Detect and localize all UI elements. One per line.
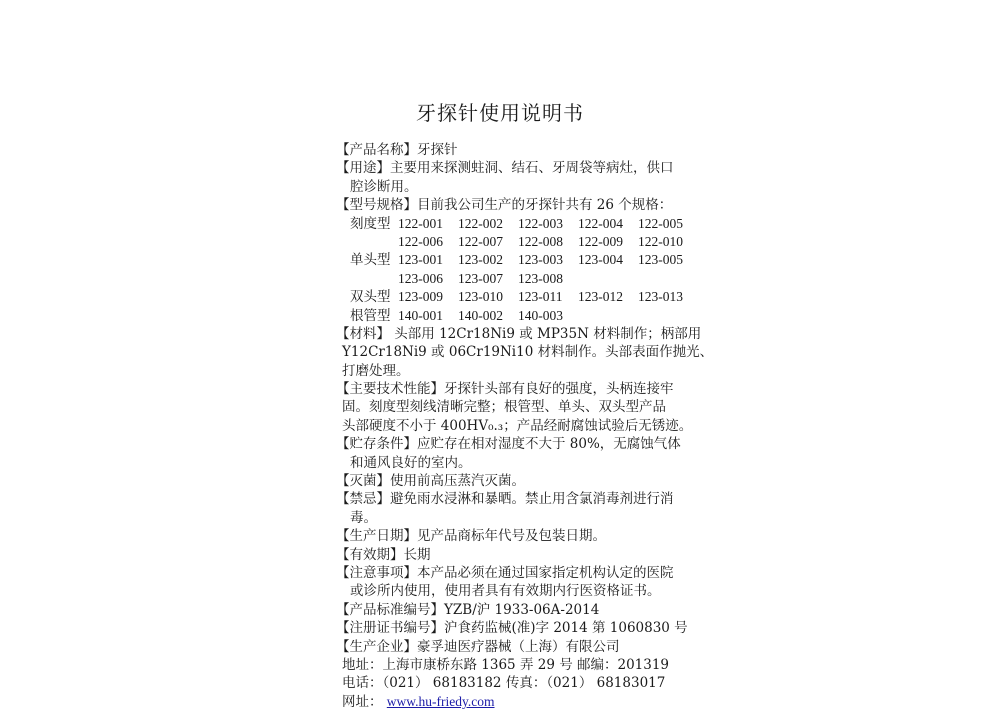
manufacture-date: 【生产日期】见产品商标年代号及包装日期。 [336,527,726,545]
website-label: 网址： [342,694,383,710]
spec-row: 刻度型122-001122-002122-003122-004122-005 [336,215,726,233]
spec-code: 122-006 [398,233,458,251]
usage-line-1: 【用途】主要用来探测蛀洞、结石、牙周袋等病灶，供口 [336,159,726,177]
document-title: 牙探针使用说明书 [0,97,1000,126]
spec-code: 122-008 [518,233,578,251]
tech-line-3: 头部硬度不小于 400HV₀.₃；产品经耐腐蚀试验后无锈迹。 [336,417,726,435]
registration-number: 【注册证书编号】沪食药监械(准)字 2014 第 1060830 号 [336,619,726,637]
notes-line-1: 【注意事项】本产品必须在通过国家指定机构认定的医院 [336,564,726,582]
spec-code: 122-010 [638,233,698,251]
website-link[interactable]: www.hu-friedy.com [387,694,495,709]
spec-intro: 【型号规格】目前我公司生产的牙探针共有 26 个规格： [336,196,726,214]
sterilization: 【灭菌】使用前高压蒸汽灭菌。 [336,472,726,490]
spec-code: 122-005 [638,215,698,233]
spec-row: 双头型123-009123-010123-011123-012123-013 [336,288,726,306]
spec-row: 122-006122-007122-008122-009122-010 [336,233,726,251]
storage-line-1: 【贮存条件】应贮存在相对湿度不大于 80%，无腐蚀气体 [336,435,726,453]
spec-code: 123-007 [458,270,518,288]
spec-code: 123-009 [398,288,458,306]
spec-row: 根管型140-001140-002140-003 [336,307,726,325]
spec-code: 123-013 [638,288,698,306]
tech-line-2: 固。刻度型刻线清晰完整；根管型、单头、双头型产品 [336,398,726,416]
spec-code: 123-004 [578,251,638,269]
spec-table: 刻度型122-001122-002122-003122-004122-00512… [336,215,726,325]
spec-row: 123-006123-007123-008 [336,270,726,288]
product-name: 【产品名称】牙探针 [336,141,726,159]
tech-line-1: 【主要技术性能】牙探针头部有良好的强度，头柄连接牢 [336,380,726,398]
taboo-line-2: 毒。 [336,509,726,527]
spec-code: 122-002 [458,215,518,233]
material-line-1: 【材料】 头部用 12Cr18Ni9 或 MP35N 材料制作；柄部用 [336,325,726,343]
usage-line-2: 腔诊断用。 [336,178,726,196]
spec-code: 123-010 [458,288,518,306]
spec-group-label: 单头型 [336,251,398,269]
spec-code: 123-002 [458,251,518,269]
spec-code: 123-011 [518,288,578,306]
spec-code: 123-003 [518,251,578,269]
address: 地址：上海市康桥东路 1365 弄 29 号 邮编：201319 [336,656,726,674]
spec-code: 140-003 [518,307,578,325]
spec-code: 122-004 [578,215,638,233]
spec-code: 140-001 [398,307,458,325]
storage-line-2: 和通风良好的室内。 [336,454,726,472]
standard-number: 【产品标准编号】YZB/沪 1933-06A-2014 [336,601,726,619]
spec-code: 122-007 [458,233,518,251]
manufacturer: 【生产企业】豪孚迪医疗器械（上海）有限公司 [336,638,726,656]
spec-group-label [336,233,398,251]
validity: 【有效期】长期 [336,546,726,564]
phone-fax: 电话：（021） 68183182 传真：（021） 68183017 [336,674,726,692]
website-line: 网址： www.hu-friedy.com [336,693,726,711]
notes-line-2: 或诊所内使用，使用者具有有效期内行医资格证书。 [336,582,726,600]
material-line-3: 打磨处理。 [336,362,726,380]
spec-row: 单头型123-001123-002123-003123-004123-005 [336,251,726,269]
spec-code: 123-006 [398,270,458,288]
spec-code: 123-001 [398,251,458,269]
spec-code: 122-001 [398,215,458,233]
spec-group-label: 刻度型 [336,215,398,233]
spec-code: 123-005 [638,251,698,269]
document-body: 【产品名称】牙探针 【用途】主要用来探测蛀洞、结石、牙周袋等病灶，供口 腔诊断用… [336,141,726,711]
spec-code: 123-012 [578,288,638,306]
taboo-line-1: 【禁忌】避免雨水浸淋和暴晒。禁止用含氯消毒剂进行消 [336,490,726,508]
spec-group-label [336,270,398,288]
spec-code: 140-002 [458,307,518,325]
spec-code: 123-008 [518,270,578,288]
spec-code: 122-009 [578,233,638,251]
spec-group-label: 双头型 [336,288,398,306]
spec-code: 122-003 [518,215,578,233]
material-line-2: Y12Cr18Ni9 或 06Cr19Ni10 材料制作。头部表面作抛光、 [336,343,726,361]
spec-group-label: 根管型 [336,307,398,325]
